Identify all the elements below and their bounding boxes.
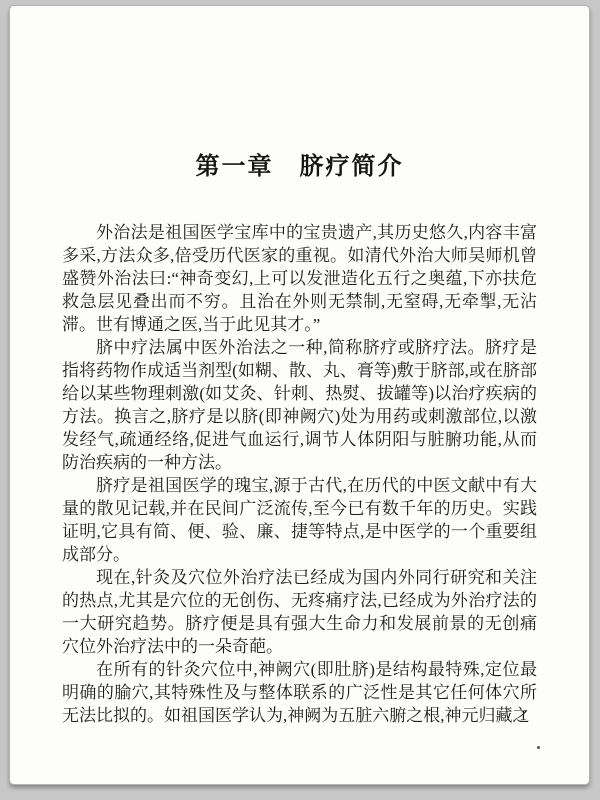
body-text: 外治法是祖国医学宝库中的宝贵遗产,其历史悠久,内容丰富多采,方法众多,倍受历代医… [62, 221, 537, 727]
paragraph-4: 现在,针灸及穴位外治疗法已经成为国内外同行研究和关注的热点,尤其是穴位的无创伤、… [62, 566, 537, 658]
book-page: 第一章 脐疗简介 外治法是祖国医学宝库中的宝贵遗产,其历史悠久,内容丰富多采,方… [9, 5, 590, 785]
paragraph-2: 脐中疗法属中医外治法之一种,简称脐疗或脐疗法。脐疗是指将药物作成适当剂型(如糊、… [62, 336, 537, 474]
chapter-title: 第一章 脐疗简介 [10, 146, 589, 181]
scan-background: 第一章 脐疗简介 外治法是祖国医学宝库中的宝贵遗产,其历史悠久,内容丰富多采,方… [0, 0, 600, 800]
ink-speck [537, 746, 540, 749]
paragraph-3: 脐疗是祖国医学的瑰宝,源于古代,在历代的中医文献中有大量的散见记载,并在民间广泛… [62, 474, 537, 566]
page-number: 1 [520, 708, 528, 725]
page-footer: · 1 [62, 708, 537, 728]
footer-dot-mark: · [124, 708, 129, 725]
paragraph-1: 外治法是祖国医学宝库中的宝贵遗产,其历史悠久,内容丰富多采,方法众多,倍受历代医… [62, 221, 537, 336]
